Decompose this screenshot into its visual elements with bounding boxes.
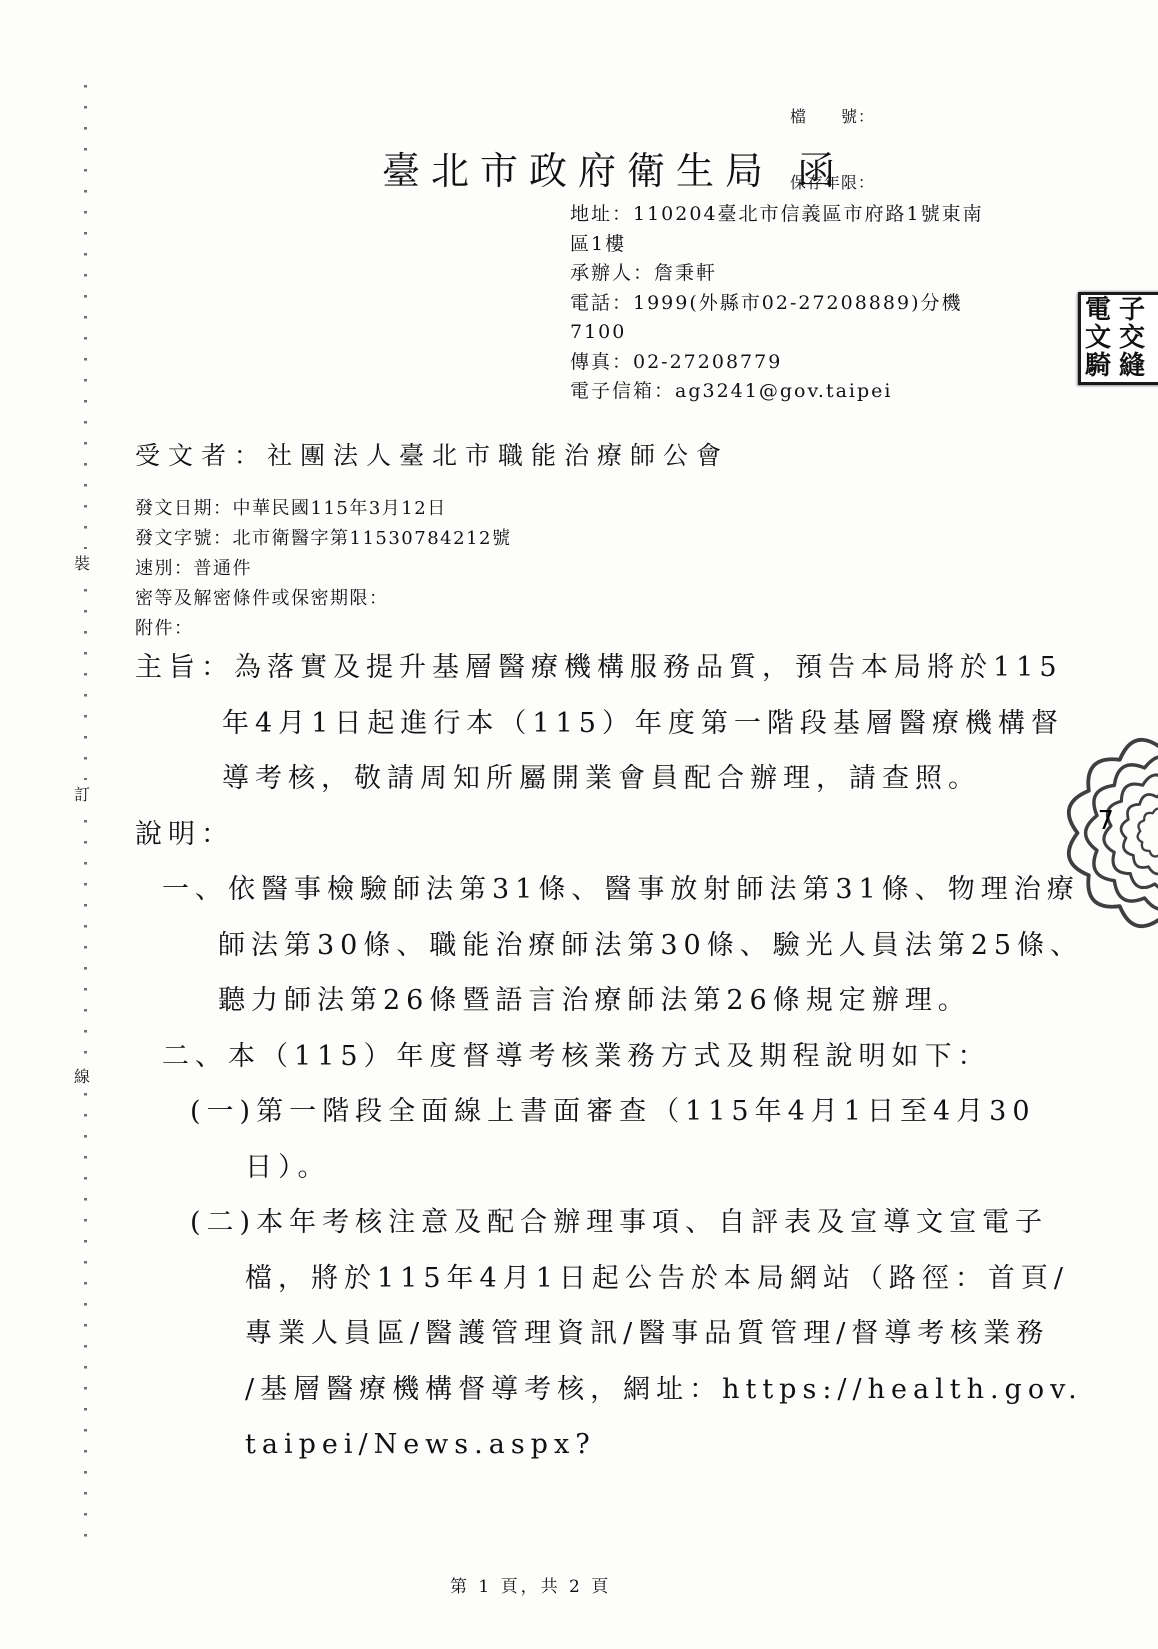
binding-mark-xian: 線: [74, 1062, 90, 1089]
binding-mark-ding: 訂: [74, 780, 90, 807]
document-number-line: 發文字號：北市衛醫字第11530784212號: [135, 524, 511, 554]
page-seal-number: 7: [1098, 806, 1114, 836]
sender-phone-line1: 電話：1999(外縣市02-27208889)分機: [570, 289, 984, 319]
subject-line-3: 導考核，敬請周知所屬開業會員配合辦理，請查照。: [222, 751, 1035, 807]
letter-body: 主旨：為落實及提升基層醫療機構服務品質，預告本局將於115 年4月1日起進行本（…: [135, 640, 1035, 1473]
official-letter-page: { "document": { "header": { "file_no_lab…: [0, 0, 1158, 1649]
sender-address-line1: 地址：110204臺北市信義區市府路1號東南: [570, 200, 984, 230]
item-1-line-3: 聽力師法第26條暨語言治療師法第26條規定辦理。: [218, 973, 1035, 1029]
subject-line-1: 主旨：為落實及提升基層醫療機構服務品質，預告本局將於115: [135, 640, 1035, 696]
item-2-1-line-1: (一)第一階段全面線上書面審查（115年4月1日至4月30: [190, 1084, 1035, 1140]
issue-date-line: 發文日期：中華民國115年3月12日: [135, 494, 511, 524]
binding-dotted-line: [84, 85, 87, 1540]
speed-class-line: 速別：普通件: [135, 554, 511, 584]
item-1-line-2: 師法第30條、職能治療師法第30條、驗光人員法第25條、: [218, 918, 1035, 974]
item-1-line-1: 一、依醫事檢驗師法第31條、醫事放射師法第31條、物理治療: [162, 862, 1035, 918]
subject-line-2: 年4月1日起進行本（115）年度第一階段基層醫療機構督: [222, 696, 1035, 752]
stamp-char: 騎: [1085, 352, 1119, 380]
item-2-2-line-2: 檔，將於115年4月1日起公告於本局網站（路徑：首頁/: [245, 1251, 1035, 1307]
item-2-2-line-4: /基層醫療機構督導考核，網址：https://health.gov.: [245, 1362, 1035, 1418]
security-class-line: 密等及解密條件或保密期限：: [135, 584, 511, 614]
sender-fax: 傳真：02-27208779: [570, 348, 984, 378]
sender-contact-block: 地址：110204臺北市信義區市府路1號東南 區1樓 承辦人：詹秉軒 電話：19…: [570, 200, 984, 407]
page-footer: 第 1 頁，共 2 頁: [450, 1572, 611, 1597]
stamp-char: 子: [1119, 296, 1153, 324]
stamp-char: 電: [1085, 296, 1119, 324]
binding-mark-zhuang: 裝: [74, 549, 90, 576]
document-meta-block: 發文日期：中華民國115年3月12日 發文字號：北市衛醫字第1153078421…: [135, 494, 511, 644]
stamp-char: 縫: [1119, 352, 1153, 380]
item-2-2-line-1: (二)本年考核注意及配合辦理事項、自評表及宣導文宣電子: [190, 1195, 1035, 1251]
sender-email: 電子信箱：ag3241@gov.taipei: [570, 377, 984, 407]
recipient-line: 受文者：社團法人臺北市職能治療師公會: [135, 436, 729, 472]
sender-contact-person: 承辦人：詹秉軒: [570, 259, 984, 289]
item-2-1-line-2: 日）。: [245, 1140, 1035, 1196]
item-2-2-line-3: 專業人員區/醫護管理資訊/醫事品質管理/督導考核業務: [245, 1306, 1035, 1362]
explanation-heading: 說明：: [135, 807, 1035, 863]
electronic-exchange-stamp: 電 子 文 交 騎 縫: [1078, 292, 1158, 385]
sender-address-line2: 區1樓: [570, 230, 984, 260]
letter-title: 臺北市政府衛生局 函: [382, 140, 846, 195]
sender-phone-line2: 7100: [570, 318, 984, 348]
stamp-char: 交: [1119, 324, 1153, 352]
stamp-char: 文: [1085, 324, 1119, 352]
file-number-label: 檔 號：: [790, 106, 875, 128]
item-2-line-1: 二、本（115）年度督導考核業務方式及期程說明如下：: [162, 1029, 1035, 1085]
item-2-2-line-5: taipei/News.aspx?: [245, 1417, 1035, 1473]
